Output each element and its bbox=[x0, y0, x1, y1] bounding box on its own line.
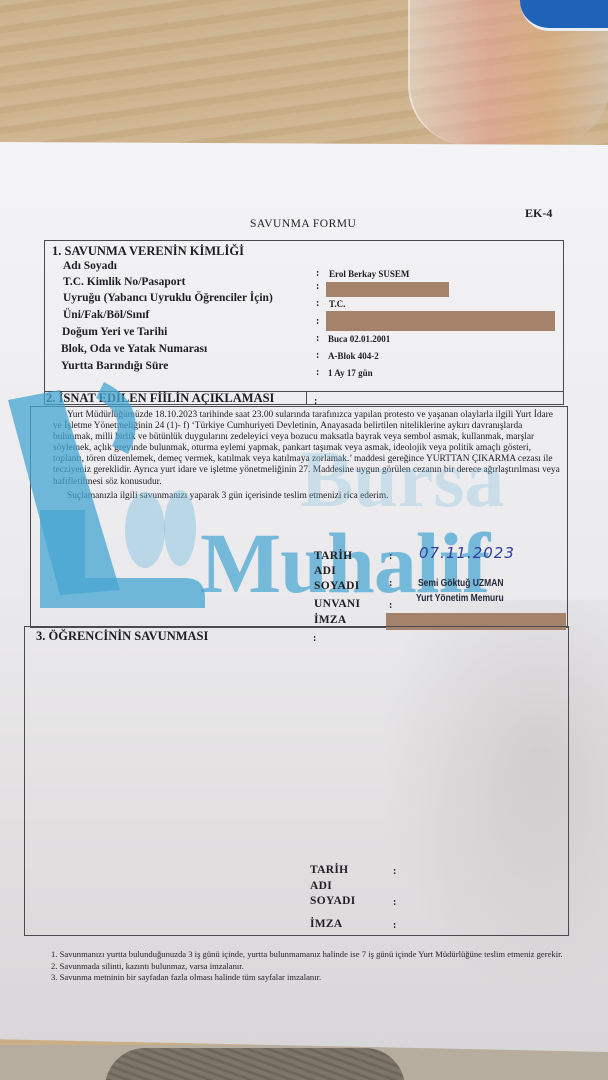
colon: : bbox=[393, 866, 396, 877]
officer-title: Yurt Yönetim Memuru bbox=[416, 593, 504, 604]
colon: : bbox=[389, 551, 392, 562]
fabric-background bbox=[105, 1048, 405, 1080]
note-item: 2. Savunmada silinti, kazıntı bulunmaz, … bbox=[51, 961, 576, 973]
colon: : bbox=[389, 600, 392, 611]
colon: : bbox=[316, 298, 319, 309]
accusation-section-heading: 2. İSNAT EDİLEN FİİLİN AÇIKLAMASI bbox=[46, 391, 274, 406]
defense-text-area[interactable] bbox=[40, 650, 550, 850]
colon: : bbox=[316, 333, 319, 344]
colon: : bbox=[316, 316, 319, 327]
signature-label: İMZA bbox=[314, 614, 347, 626]
redacted-university bbox=[326, 311, 555, 331]
field-value-stay-duration: 1 Ay 17 gün bbox=[328, 368, 373, 378]
form-title: SAVUNMA FORMU bbox=[250, 218, 356, 230]
defense-section-heading: 3. ÖĞRENCİNİN SAVUNMASI bbox=[36, 629, 208, 644]
field-label-stay-duration: Yurtta Barındığı Süre bbox=[61, 360, 168, 372]
identity-section-heading: 1. SAVUNMA VERENİN KİMLİĞİ bbox=[52, 244, 244, 259]
redacted-id-number bbox=[326, 282, 449, 297]
colon: : bbox=[393, 897, 396, 908]
colon: : bbox=[316, 367, 319, 378]
field-label-name: Adı Soyadı bbox=[63, 260, 117, 272]
student-date-label: TARİH bbox=[310, 864, 348, 876]
colon: : bbox=[316, 350, 319, 361]
colon: : bbox=[316, 268, 319, 279]
colon: : bbox=[316, 281, 319, 292]
field-label-birth: Doğum Yeri ve Tarihi bbox=[62, 326, 167, 338]
title-label: UNVANI bbox=[314, 598, 360, 610]
field-label-university: Üni/Fak/Böl/Sınıf bbox=[63, 309, 149, 321]
accusation-paragraph: Yurt Müdürlüğümüzde 18.10.2023 tarihinde… bbox=[53, 410, 563, 488]
accusation-text: Yurt Müdürlüğümüzde 18.10.2023 tarihinde… bbox=[53, 410, 563, 502]
field-label-room: Blok, Oda ve Yatak Numarası bbox=[61, 343, 207, 355]
surname-label: SOYADI bbox=[314, 580, 359, 592]
name-label: ADI bbox=[314, 565, 336, 577]
officer-name: Semi Göktuğ UZMAN bbox=[418, 578, 503, 589]
colon: : bbox=[393, 920, 396, 931]
field-value-room: A-Blok 404-2 bbox=[328, 351, 379, 361]
note-item: 1. Savunmanızı yurtta bulunduğunuzda 3 i… bbox=[51, 949, 576, 961]
annex-label: EK-4 bbox=[525, 206, 552, 221]
field-label-id-number: T.C. Kimlik No/Pasaport bbox=[63, 276, 185, 288]
handwritten-date: 07.11.2023 bbox=[419, 544, 515, 562]
date-label: TARİH bbox=[314, 550, 352, 562]
field-label-nationality: Uyruğu (Yabancı Uyruklu Öğrenciler İçin) bbox=[63, 292, 273, 304]
note-item: 3. Savunma metninin bir sayfadan fazla o… bbox=[51, 972, 576, 984]
field-value-nationality: T.C. bbox=[329, 299, 345, 309]
student-name-label: ADI bbox=[310, 880, 332, 892]
request-paragraph: Suçlamanızla ilgili savunmanızı yaparak … bbox=[53, 491, 563, 502]
footnotes: 1. Savunmanızı yurtta bulunduğunuzda 3 i… bbox=[51, 949, 576, 984]
heading-divider bbox=[306, 391, 307, 405]
student-signature-label: İMZA bbox=[310, 918, 343, 930]
bottle-label bbox=[520, 0, 608, 31]
field-value-birth: Buca 02.01.2001 bbox=[328, 334, 390, 344]
colon: : bbox=[389, 578, 392, 589]
student-surname-label: SOYADI bbox=[310, 895, 355, 907]
field-value-name: Erol Berkay SUSEM bbox=[329, 269, 409, 279]
colon: : bbox=[313, 633, 316, 644]
